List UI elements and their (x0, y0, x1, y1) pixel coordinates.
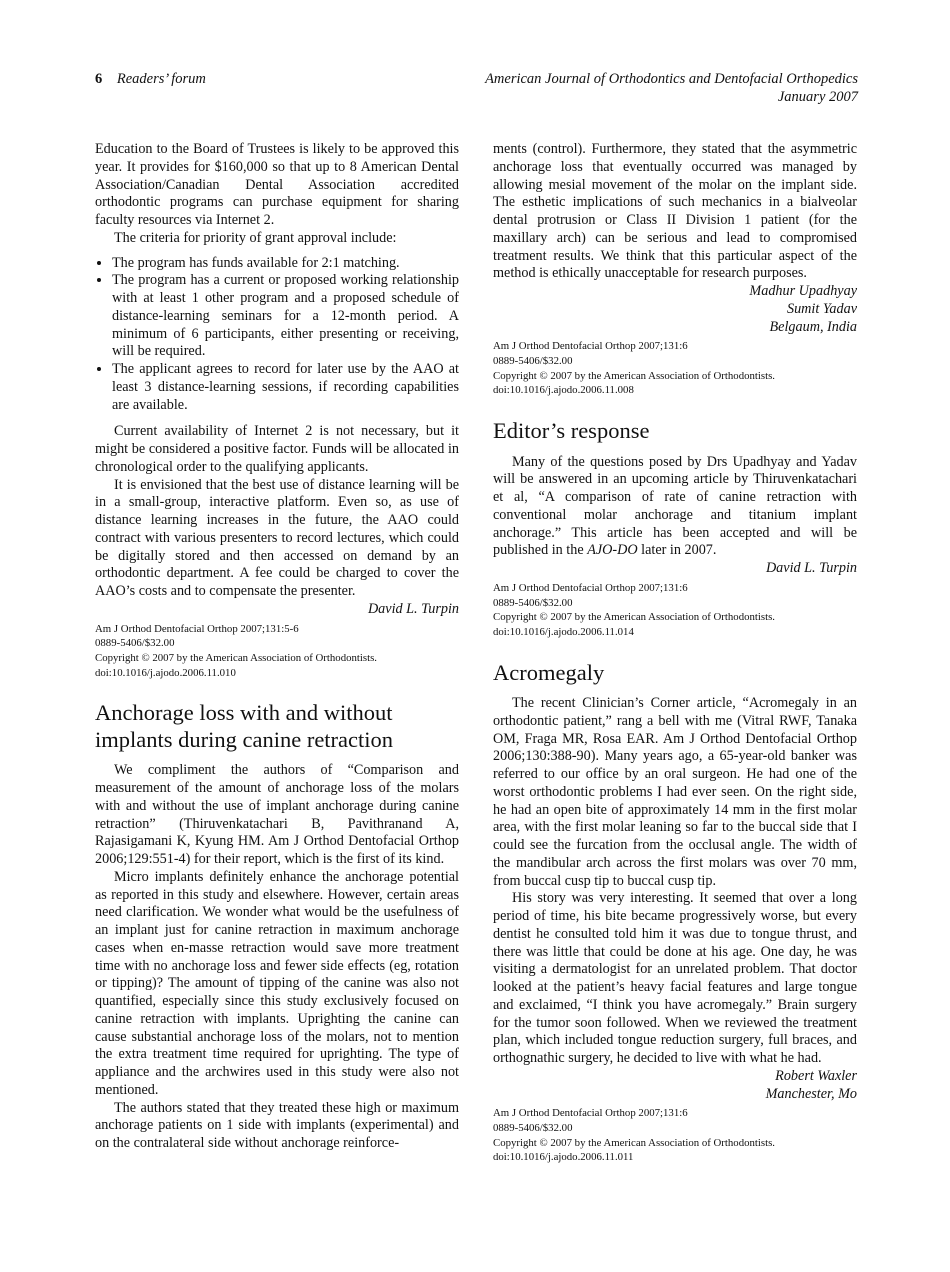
citation-line: Am J Orthod Dentofacial Orthop 2007;131:… (493, 581, 857, 596)
left-column: Education to the Board of Trustees is li… (95, 141, 459, 1165)
citation-line: Am J Orthod Dentofacial Orthop 2007;131:… (493, 1106, 857, 1121)
article-title: Anchorage loss with and without implants… (95, 700, 459, 753)
journal-abbrev-italic: AJO-DO (587, 542, 637, 558)
citation-line: Copyright © 2007 by the American Associa… (95, 651, 459, 666)
author-signature: Sumit Yadav (493, 301, 857, 319)
paragraph: Current availability of Internet 2 is no… (95, 423, 459, 476)
author-signature: Robert Waxler (493, 1068, 857, 1086)
journal-page: 6 Readers’ forum American Journal of Ort… (0, 0, 950, 1272)
author-signature: David L. Turpin (493, 560, 857, 578)
page-header: 6 Readers’ forum American Journal of Ort… (95, 70, 858, 106)
list-item: The applicant agrees to record for later… (112, 361, 459, 414)
citation-line: Copyright © 2007 by the American Associa… (493, 1136, 857, 1151)
citation-line: 0889-5406/$32.00 (95, 636, 459, 651)
author-signature: David L. Turpin (95, 601, 459, 619)
paragraph: The recent Clinician’s Corner article, “… (493, 695, 857, 890)
paragraph: His story was very interesting. It seeme… (493, 890, 857, 1068)
paragraph-text: later in 2007. (638, 542, 717, 558)
citation-line: doi:10.1016/j.ajodo.2006.11.011 (493, 1150, 857, 1165)
running-head-right: American Journal of Orthodontics and Den… (485, 70, 858, 106)
paragraph: Many of the questions posed by Drs Upadh… (493, 454, 857, 561)
author-location: Belgaum, India (493, 319, 857, 337)
citation-line: doi:10.1016/j.ajodo.2006.11.014 (493, 625, 857, 640)
criteria-list: The program has funds available for 2:1 … (95, 255, 459, 415)
citation-line: Am J Orthod Dentofacial Orthop 2007;131:… (95, 622, 459, 637)
citation-block: Am J Orthod Dentofacial Orthop 2007;131:… (493, 1106, 857, 1165)
paragraph: The authors stated that they treated the… (95, 1100, 459, 1153)
paragraph: We compliment the authors of “Comparison… (95, 762, 459, 869)
section-running-title: Readers’ forum (117, 71, 206, 87)
running-head-left: 6 Readers’ forum (95, 70, 206, 88)
issue-date: January 2007 (485, 88, 858, 106)
citation-line: 0889-5406/$32.00 (493, 354, 857, 369)
paragraph: It is envisioned that the best use of di… (95, 477, 459, 601)
citation-block: Am J Orthod Dentofacial Orthop 2007;131:… (493, 581, 857, 640)
author-location: Manchester, Mo (493, 1086, 857, 1104)
paragraph: Education to the Board of Trustees is li… (95, 141, 459, 230)
paragraph: ments (control). Furthermore, they state… (493, 141, 857, 283)
two-column-body: Education to the Board of Trustees is li… (95, 141, 858, 1165)
paragraph: The criteria for priority of grant appro… (95, 230, 459, 248)
citation-block: Am J Orthod Dentofacial Orthop 2007;131:… (95, 622, 459, 681)
article-title: Editor’s response (493, 418, 857, 445)
article-title: Acromegaly (493, 660, 857, 687)
citation-block: Am J Orthod Dentofacial Orthop 2007;131:… (493, 339, 857, 398)
citation-line: Copyright © 2007 by the American Associa… (493, 610, 857, 625)
citation-line: 0889-5406/$32.00 (493, 1121, 857, 1136)
author-signature: Madhur Upadhyay (493, 283, 857, 301)
list-item: The program has funds available for 2:1 … (112, 255, 459, 273)
paragraph: Micro implants definitely enhance the an… (95, 869, 459, 1100)
citation-line: Am J Orthod Dentofacial Orthop 2007;131:… (493, 339, 857, 354)
page-number: 6 (95, 71, 102, 87)
citation-line: doi:10.1016/j.ajodo.2006.11.010 (95, 666, 459, 681)
right-column: ments (control). Furthermore, they state… (493, 141, 857, 1165)
citation-line: Copyright © 2007 by the American Associa… (493, 369, 857, 384)
citation-line: doi:10.1016/j.ajodo.2006.11.008 (493, 383, 857, 398)
list-item: The program has a current or proposed wo… (112, 272, 459, 361)
journal-title: American Journal of Orthodontics and Den… (485, 70, 858, 88)
citation-line: 0889-5406/$32.00 (493, 596, 857, 611)
